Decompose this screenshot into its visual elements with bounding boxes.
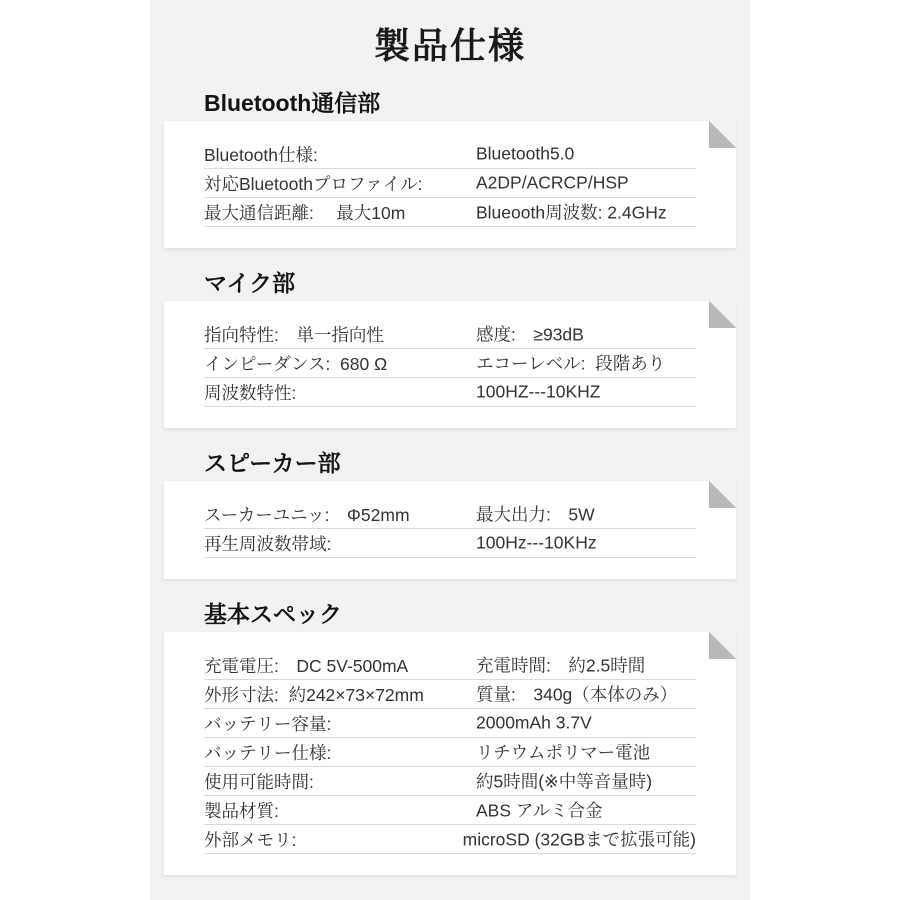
spec-value: Blueooth周波数: 2.4GHz <box>476 200 667 225</box>
spec-label: 充電電圧: DC 5V-500mA <box>204 653 408 678</box>
spec-label: 再生周波数帯域: <box>204 531 331 556</box>
spec-card-bluetooth: Bluetooth仕様: Bluetooth5.0 対応Bluetoothプロフ… <box>164 121 736 248</box>
spec-value: 質量: 340g（本体のみ） <box>476 682 677 707</box>
folded-corner-icon <box>709 481 736 508</box>
section-bluetooth: Bluetooth通信部 Bluetooth仕様: Bluetooth5.0 対… <box>150 89 750 248</box>
spec-value: 2000mAh 3.7V <box>476 713 592 734</box>
spec-row: インピーダンス: 680 Ω エコーレベル: 段階あり <box>204 349 696 378</box>
spec-row: 充電電圧: DC 5V-500mA 充電時間: 約2.5時間 <box>204 651 696 680</box>
spec-row: バッテリー容量: 2000mAh 3.7V <box>204 709 696 738</box>
spec-value: 充電時間: 約2.5時間 <box>476 653 645 678</box>
section-heading-bluetooth: Bluetooth通信部 <box>204 89 750 117</box>
spec-label: スーカーユニッ: Φ52mm <box>204 502 410 527</box>
spec-card-basic-specs: 充電電圧: DC 5V-500mA 充電時間: 約2.5時間 外形寸法: 約24… <box>164 632 736 875</box>
section-basic-specs: 基本スペック 充電電圧: DC 5V-500mA 充電時間: 約2.5時間 外形… <box>150 600 750 875</box>
spec-label: 外形寸法: 約242×73×72mm <box>204 682 424 707</box>
spec-row: 対応Bluetoothプロファイル: A2DP/ACRCP/HSP <box>204 169 696 198</box>
spec-label: Bluetooth仕様: <box>204 142 318 167</box>
spec-row: スーカーユニッ: Φ52mm 最大出力: 5W <box>204 500 696 529</box>
spec-label: 指向特性: 単一指向性 <box>204 322 384 347</box>
spec-row: 製品材質: ABS アルミ合金 <box>204 796 696 825</box>
spec-row: 外部メモリ: microSD (32GBまで拡張可能) <box>204 825 696 854</box>
spec-panel: 製品仕様 Bluetooth通信部 Bluetooth仕様: Bluetooth… <box>150 0 750 900</box>
spec-card-speaker: スーカーユニッ: Φ52mm 最大出力: 5W 再生周波数帯域: 100Hz--… <box>164 481 736 579</box>
spec-label: 外部メモリ: <box>204 827 296 852</box>
spec-label: 対応Bluetoothプロファイル: <box>204 171 422 196</box>
product-spec-sheet: 製品仕様 Bluetooth通信部 Bluetooth仕様: Bluetooth… <box>0 0 900 900</box>
spec-value: 100HZ---10KHZ <box>476 382 600 403</box>
spec-value: 感度: ≥93dB <box>476 322 584 347</box>
spec-value: Bluetooth5.0 <box>476 144 574 165</box>
spec-row: 周波数特性: 100HZ---10KHZ <box>204 378 696 407</box>
spec-value: 最大出力: 5W <box>476 502 595 527</box>
spec-label: バッテリー容量: <box>204 711 331 736</box>
spec-value: エコーレベル: 段階あり <box>476 351 665 376</box>
folded-corner-icon <box>709 121 736 148</box>
page-title: 製品仕様 <box>150 26 750 66</box>
spec-label: 最大通信距離: 最大10m <box>204 200 405 225</box>
spec-value: A2DP/ACRCP/HSP <box>476 173 629 194</box>
spec-row: 使用可能時間: 約5時間(※中等音量時) <box>204 767 696 796</box>
section-microphone: マイク部 指向特性: 単一指向性 感度: ≥93dB インピーダンス: 680 … <box>150 269 750 428</box>
section-speaker: スピーカー部 スーカーユニッ: Φ52mm 最大出力: 5W 再生周波数帯域: … <box>150 449 750 579</box>
spec-label: バッテリー仕様: <box>204 740 331 765</box>
spec-row: 外形寸法: 約242×73×72mm 質量: 340g（本体のみ） <box>204 680 696 709</box>
section-heading-basic-specs: 基本スペック <box>204 600 750 628</box>
spec-value: microSD (32GBまで拡張可能) <box>463 827 696 852</box>
spec-card-microphone: 指向特性: 単一指向性 感度: ≥93dB インピーダンス: 680 Ω エコー… <box>164 301 736 428</box>
section-heading-microphone: マイク部 <box>204 269 750 297</box>
spec-label: 使用可能時間: <box>204 769 314 794</box>
spec-label: 製品材質: <box>204 798 279 823</box>
folded-corner-icon <box>709 632 736 659</box>
spec-row: Bluetooth仕様: Bluetooth5.0 <box>204 140 696 169</box>
spec-value: 100Hz---10KHz <box>476 533 597 554</box>
folded-corner-icon <box>709 301 736 328</box>
section-heading-speaker: スピーカー部 <box>204 449 750 477</box>
spec-label: 周波数特性: <box>204 380 296 405</box>
spec-row: バッテリー仕様: リチウムポリマー電池 <box>204 738 696 767</box>
spec-row: 最大通信距離: 最大10m Blueooth周波数: 2.4GHz <box>204 198 696 227</box>
spec-value: リチウムポリマー電池 <box>476 740 650 765</box>
spec-row: 指向特性: 単一指向性 感度: ≥93dB <box>204 320 696 349</box>
spec-value: 約5時間(※中等音量時) <box>476 769 652 794</box>
spec-row: 再生周波数帯域: 100Hz---10KHz <box>204 529 696 558</box>
spec-label: インピーダンス: 680 Ω <box>204 351 387 376</box>
spec-value: ABS アルミ合金 <box>476 798 603 823</box>
